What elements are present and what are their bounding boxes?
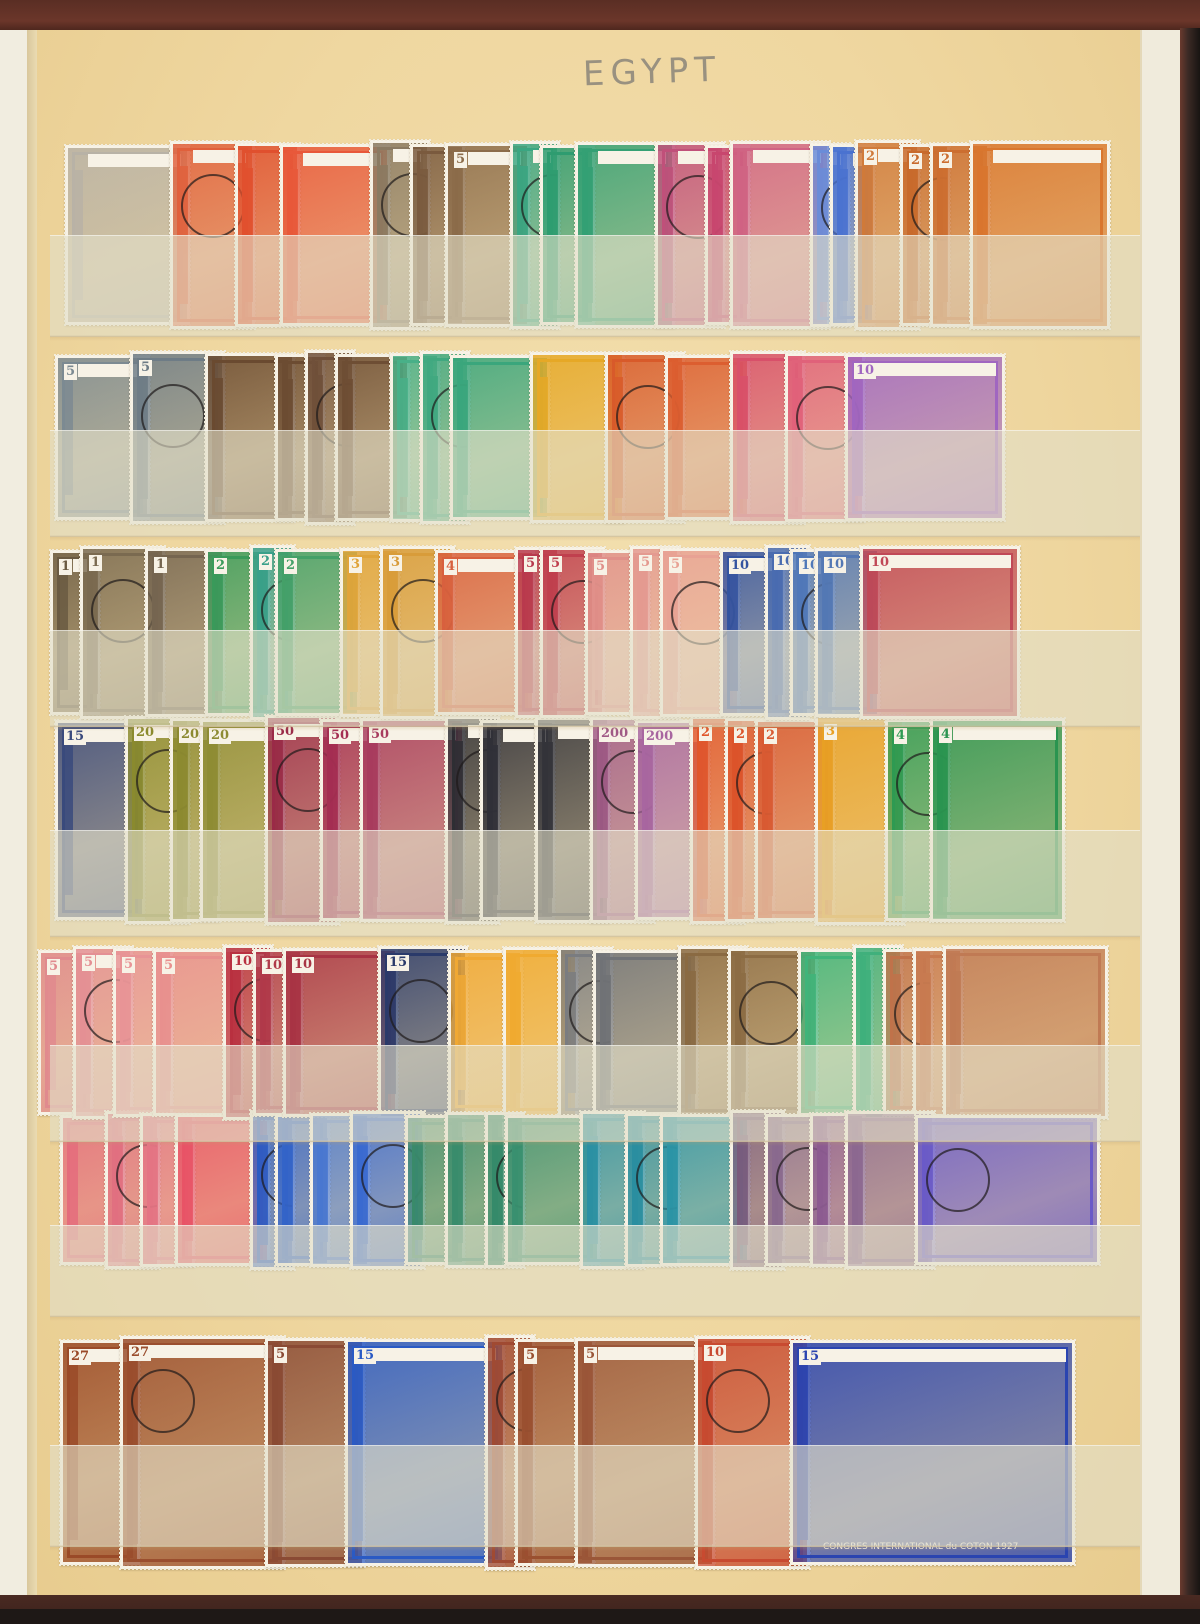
stamp-denomination: 5 bbox=[549, 556, 562, 572]
stamp-denomination: 27 bbox=[129, 1345, 151, 1361]
stamp-denomination: 15 bbox=[64, 729, 86, 745]
stamp-caption: EGYPTE bbox=[813, 1349, 1066, 1362]
postmark-cancel bbox=[739, 981, 803, 1045]
stamp-denomination: 200 bbox=[644, 729, 675, 745]
album-left-margin bbox=[0, 30, 27, 1595]
stamp-denomination: 2 bbox=[939, 152, 952, 168]
stamp-denomination: 27 bbox=[69, 1349, 91, 1365]
stamp-denomination: 10 bbox=[854, 363, 876, 379]
album-right-margin bbox=[1140, 30, 1182, 1595]
page-title: EGYPT bbox=[582, 50, 721, 95]
glassine-strip bbox=[50, 630, 1140, 727]
stamp-denomination: 15 bbox=[799, 1349, 821, 1365]
stamp-caption: ROYAUME bbox=[143, 1345, 276, 1358]
stamp-denomination: 1 bbox=[154, 557, 167, 573]
stamp-denomination: 10 bbox=[292, 957, 314, 973]
postmark-cancel bbox=[926, 1148, 990, 1212]
stamp-denomination: 2 bbox=[909, 153, 922, 169]
stamp-denomination: 10 bbox=[232, 954, 254, 970]
stamp-denomination: 5 bbox=[47, 959, 60, 975]
stamp-denomination: 2 bbox=[259, 554, 272, 570]
stamp-caption: EGYPTE bbox=[368, 1348, 496, 1361]
stamp-denomination: 5 bbox=[162, 958, 175, 974]
stamp-denomination: 5 bbox=[584, 1347, 597, 1363]
stamp-denomination: 4 bbox=[444, 559, 457, 575]
stamp-denomination: 1 bbox=[59, 559, 72, 575]
stamp-caption: EGYPT POSTAGE bbox=[883, 555, 1011, 568]
album-left-spine bbox=[27, 30, 37, 1595]
postmark-cancel bbox=[389, 979, 453, 1043]
album-binding-top bbox=[0, 0, 1200, 30]
stamp-denomination: 10 bbox=[729, 558, 751, 574]
stamp-denomination: 15 bbox=[354, 1348, 376, 1364]
glassine-strip bbox=[50, 430, 1140, 537]
stamp-denomination: 5 bbox=[669, 557, 682, 573]
stamp-denomination: 5 bbox=[454, 152, 467, 168]
stamp-caption: MILLIEMES bbox=[993, 150, 1101, 163]
glassine-strip bbox=[50, 235, 1140, 337]
stamp-denomination: 10 bbox=[704, 1345, 726, 1361]
stamp-denomination: 15 bbox=[387, 955, 409, 971]
stamp-denomination: 2 bbox=[214, 558, 227, 574]
glassine-strip bbox=[50, 1225, 1140, 1317]
stamp-denomination: 5 bbox=[639, 555, 652, 571]
album-right-edge bbox=[1180, 28, 1200, 1598]
stamp-denomination: 3 bbox=[389, 555, 402, 571]
glassine-strip bbox=[50, 1445, 1140, 1547]
stamp-denomination: 5 bbox=[82, 955, 95, 971]
stamp-denomination: 5 bbox=[594, 559, 607, 575]
glassine-strip bbox=[50, 830, 1140, 937]
stamp-denomination: 10 bbox=[262, 958, 284, 974]
stamp-denomination: 10 bbox=[869, 555, 891, 571]
stamp-denomination: 10 bbox=[824, 557, 846, 573]
stamp-caption: PARA bbox=[88, 154, 181, 167]
postmark-cancel bbox=[131, 1369, 195, 1433]
stamp-denomination: 5 bbox=[139, 360, 152, 376]
stamp-denomination: 2 bbox=[864, 149, 877, 165]
stamp-denomination: 5 bbox=[122, 957, 135, 973]
stamp-caption: EGYPTE bbox=[598, 1347, 706, 1360]
glassine-strip bbox=[50, 1045, 1140, 1142]
stamp-denomination: 5 bbox=[274, 1347, 287, 1363]
stamp-caption: MILLIEMES bbox=[868, 363, 996, 376]
album-binding-bottom bbox=[0, 1595, 1200, 1624]
stamp-denomination: 3 bbox=[349, 557, 362, 573]
stamp-denomination: 2 bbox=[284, 558, 297, 574]
stamp-denomination: 5 bbox=[64, 364, 77, 380]
stamp-denomination: 5 bbox=[524, 556, 537, 572]
stamp-denomination: 5 bbox=[524, 1348, 537, 1364]
stamp-denomination: 1 bbox=[89, 555, 102, 571]
postmark-cancel bbox=[706, 1369, 770, 1433]
